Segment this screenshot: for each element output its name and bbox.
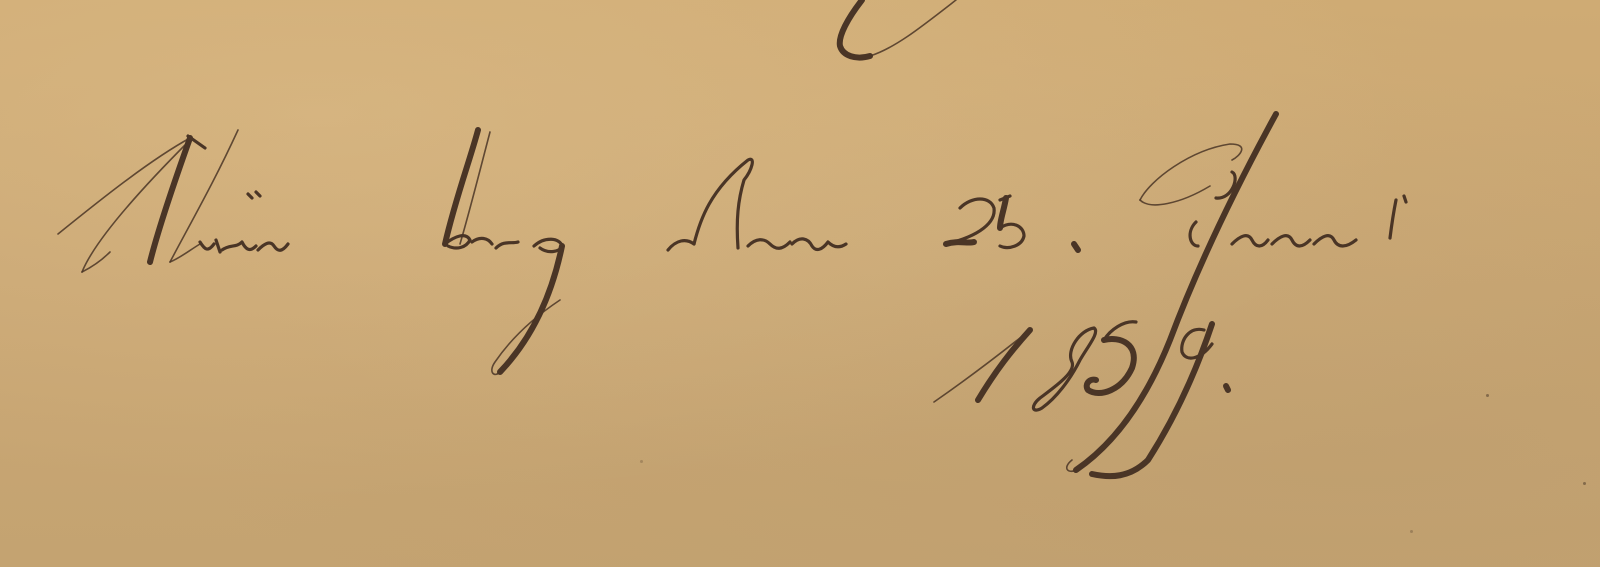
word-juni: [1067, 114, 1406, 471]
word-day-25: [946, 196, 1078, 250]
document-page: Nürnberg den 25. Juni 1859.: [0, 0, 1600, 567]
handwriting: [0, 0, 1600, 567]
word-den: [668, 159, 846, 250]
word-nuernberg: [58, 130, 562, 374]
paper-speck: [1410, 530, 1413, 533]
top-flourish: [840, 0, 956, 58]
paper-speck: [1583, 482, 1586, 485]
word-year-1859: [934, 322, 1228, 476]
paper-speck: [1486, 394, 1489, 397]
paper-speck: [640, 460, 643, 463]
